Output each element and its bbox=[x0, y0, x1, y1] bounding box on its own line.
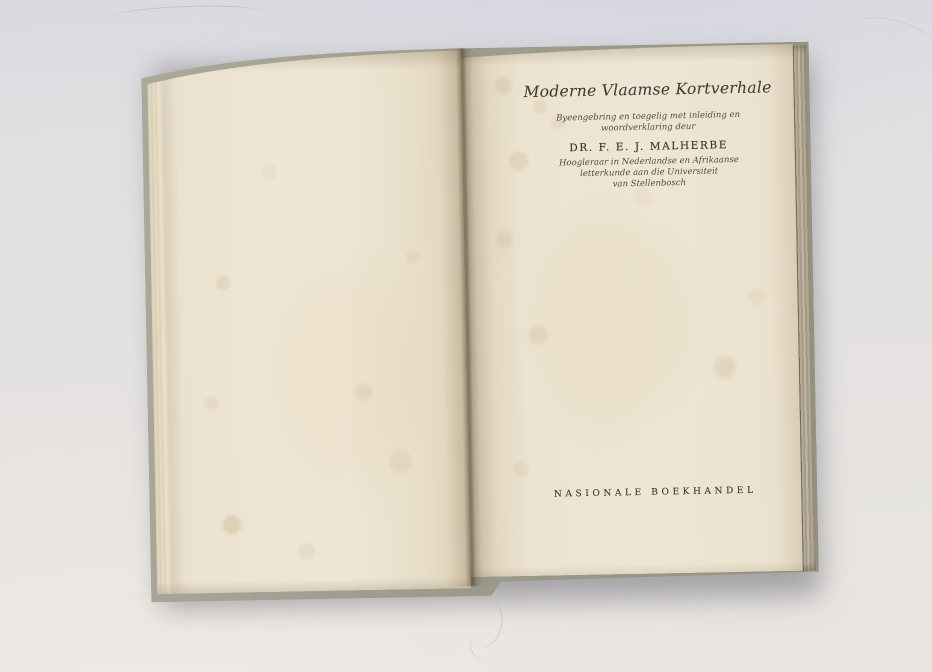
blank-left-page bbox=[147, 48, 471, 594]
surface-scratch bbox=[466, 626, 505, 665]
byline: Byeengebring en toegelig met inleiding e… bbox=[498, 109, 798, 137]
surface-scratch bbox=[841, 8, 932, 79]
title-page-text-block: Moderne Vlaamse Kortverhale Byeengebring… bbox=[497, 78, 799, 193]
author-affiliation: Hoogleraar in Nederlandse en Afrikaanse … bbox=[499, 154, 800, 193]
surface-scratch bbox=[112, 3, 263, 25]
author-name: DR. F. E. J. MALHERBE bbox=[499, 138, 799, 156]
open-book: Moderne Vlaamse Kortverhale Byeengebring… bbox=[141, 42, 819, 603]
photo-background: Moderne Vlaamse Kortverhale Byeengebring… bbox=[0, 0, 932, 672]
